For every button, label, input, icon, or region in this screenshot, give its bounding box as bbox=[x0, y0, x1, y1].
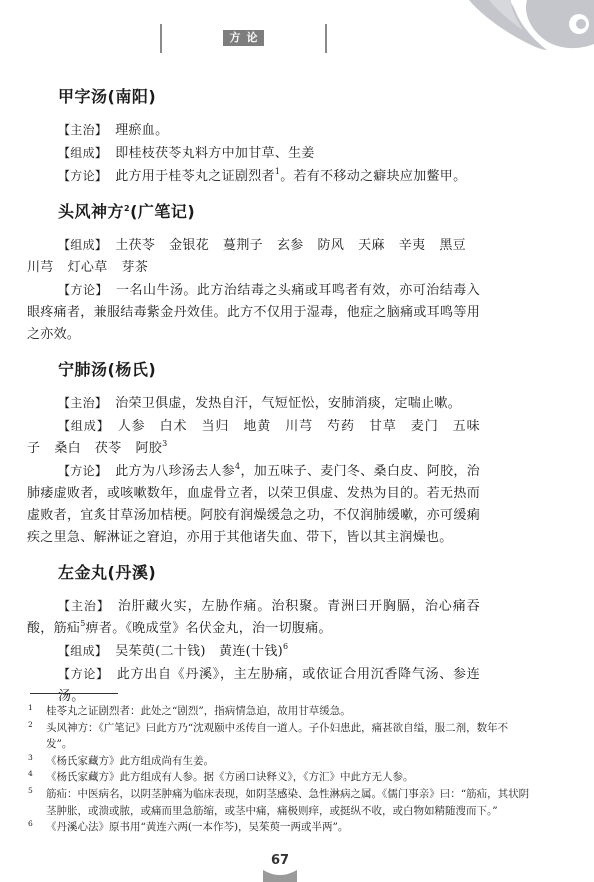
row-label: 【方论】 bbox=[58, 667, 109, 681]
herb: 芍药 bbox=[327, 419, 355, 434]
discussion-row: 【方论】此方用于桂苓丸之证剧烈者1。若有不移动之癖块应加鳖甲。 bbox=[58, 165, 480, 188]
formula-section: 甲字汤(南阳) 【主治】理瘀血。 【组成】即桂枝茯苓丸料方中加甘草、生姜 【方论… bbox=[58, 87, 480, 188]
discussion-row: 【方论】此方出自《丹溪》，主左胁痛，或依证合用沉香降气汤、参连汤。 bbox=[58, 663, 480, 708]
formula-title: 头风神方2(广笔记) bbox=[58, 202, 480, 222]
footnote-text: 头风神方：《广笔记》曰此方乃“沈观颐中丞传自一道人。子仆妇患此，痛甚欲自缢，服二… bbox=[46, 722, 508, 751]
row-text: 痹者。《晚成堂》名伏金丸，治一切腹痛。 bbox=[86, 621, 332, 636]
header-divider-left bbox=[160, 24, 162, 53]
page-tab-icon bbox=[263, 870, 297, 882]
footnote-ref[interactable]: 6 bbox=[283, 642, 288, 651]
composition-row: 【组成】土茯苓金银花蔓荆子玄参防风天麻辛夷黑豆川芎灯心草芽茶 bbox=[27, 234, 480, 279]
row-label: 【主治】 bbox=[58, 599, 110, 613]
footnote: 2头风神方：《广笔记》曰此方乃“沈观颐中丞传自一道人。子仆妇患此，痛甚欲自缢，服… bbox=[28, 720, 533, 753]
row-label: 【主治】 bbox=[58, 123, 107, 137]
row-text: 。若有不移动之癖块应加鳖甲。 bbox=[280, 169, 466, 184]
herb: 黑豆 bbox=[439, 238, 466, 253]
footnote-text: 《杨氏家藏方》此方组成尚有生姜。 bbox=[46, 755, 214, 767]
herb: 阿胶 bbox=[136, 441, 163, 456]
row-text: 即桂枝茯苓丸料方中加甘草、生姜 bbox=[115, 146, 315, 161]
indication-row: 【主治】治荣卫俱虚，发热自汗，气短怔忪，安肺消痰，定喘止嗽。 bbox=[58, 392, 480, 415]
main-content: 甲字汤(南阳) 【主治】理瘀血。 【组成】即桂枝茯苓丸料方中加甘草、生姜 【方论… bbox=[58, 87, 480, 722]
indication-row: 【主治】治肝藏火实，左胁作痛。治积聚。青洲曰开胸膈，治心痛吞酸，筋疝5痹者。《晚… bbox=[27, 595, 480, 640]
herb: 白术 bbox=[160, 419, 188, 434]
row-text: 此方用于桂苓丸之证剧烈者 bbox=[115, 169, 275, 184]
page-number: 67 bbox=[262, 853, 298, 868]
page-number-badge: 67 bbox=[262, 853, 298, 882]
footnote-divider bbox=[30, 693, 118, 694]
herb: 人参 bbox=[118, 419, 146, 434]
formula-section: 宁肺汤(杨氏) 【主治】治荣卫俱虚，发热自汗，气短怔忪，安肺消痰，定喘止嗽。 【… bbox=[58, 360, 480, 549]
row-label: 【组成】 bbox=[58, 644, 107, 658]
row-label: 【方论】 bbox=[58, 169, 107, 183]
row-label: 【组成】 bbox=[58, 146, 107, 160]
herb: 甘草 bbox=[369, 419, 397, 434]
row-label: 【组成】 bbox=[58, 419, 110, 433]
header-divider-right bbox=[325, 24, 327, 53]
footnote: 3《杨氏家藏方》此方组成尚有生姜。 bbox=[28, 753, 533, 770]
footnote-text: 桂苓丸之证剧烈者：此处之“剧烈”，指病情急迫，故用甘草缓急。 bbox=[46, 705, 351, 717]
herb: 地黄 bbox=[243, 419, 271, 434]
formula-name: 头风神方 bbox=[58, 202, 124, 221]
footnote: 4《杨氏家藏方》此方组成有人参。据《方函口诀释义》，《方汇》中此方无人参。 bbox=[28, 769, 533, 786]
formula-source: (广笔记) bbox=[130, 202, 195, 221]
footnote: 6《丹溪心法》原书用“黄连六两(一本作芩)，吴茱萸一两或半两”。 bbox=[28, 819, 533, 836]
herb: 当归 bbox=[202, 419, 230, 434]
indication-row: 【主治】理瘀血。 bbox=[58, 119, 480, 142]
footnote-text: 《杨氏家藏方》此方组成有人参。据《方函口诀释义》，《方汇》中此方无人参。 bbox=[46, 771, 414, 783]
row-label: 【方论】 bbox=[58, 464, 107, 478]
formula-title: 甲字汤(南阳) bbox=[58, 87, 480, 107]
row-text: 治荣卫俱虚，发热自汗，气短怔忪，安肺消痰，定喘止嗽。 bbox=[115, 396, 461, 411]
footnote-number: 3 bbox=[28, 750, 33, 767]
row-text: 吴茱萸(二十钱) 黄连(十钱) bbox=[115, 644, 283, 659]
footnote-number: 2 bbox=[28, 717, 33, 734]
composition-row: 【组成】人参白术当归地黄川芎芍药甘草麦门五味子桑白茯苓阿胶3 bbox=[27, 415, 480, 460]
footnote: 5筋疝：中医病名，以阴茎肿痛为临床表现，如阴茎感染、急性淋病之属。《儒门事亲》曰… bbox=[28, 786, 533, 819]
herb: 辛夷 bbox=[399, 238, 426, 253]
row-text: 此方出自《丹溪》，主左胁痛，或依证合用沉香降气汤、参连汤。 bbox=[58, 667, 480, 704]
footnotes: 1桂苓丸之证剧烈者：此处之“剧烈”，指病情急迫，故用甘草缓急。 2头风神方：《广… bbox=[28, 703, 533, 836]
formula-section: 头风神方2(广笔记) 【组成】土茯苓金银花蔓荆子玄参防风天麻辛夷黑豆川芎灯心草芽… bbox=[58, 202, 480, 346]
row-text: 此方为八珍汤去人参 bbox=[115, 464, 235, 479]
herb: 防风 bbox=[318, 238, 345, 253]
footnote-number: 6 bbox=[28, 816, 33, 833]
footnote-number: 1 bbox=[28, 700, 33, 717]
formula-section: 左金丸(丹溪) 【主治】治肝藏火实，左胁作痛。治积聚。青洲曰开胸膈，治心痛吞酸，… bbox=[58, 563, 480, 708]
herb: 麦门 bbox=[411, 419, 439, 434]
running-header: 方论 bbox=[0, 0, 594, 60]
footnote-number: 4 bbox=[28, 766, 33, 783]
herb: 川芎 bbox=[27, 260, 54, 275]
herb: 灯心草 bbox=[68, 260, 108, 275]
herb: 芽茶 bbox=[122, 260, 149, 275]
herb: 蔓荆子 bbox=[223, 238, 263, 253]
row-label: 【主治】 bbox=[58, 396, 107, 410]
herb: 土茯苓 bbox=[115, 238, 155, 253]
herb: 玄参 bbox=[277, 238, 304, 253]
herb: 茯苓 bbox=[95, 441, 122, 456]
discussion-row: 【方论】一名山牛汤。此方治结毒之头痛或耳鸣者有效，亦可治结毒入眼疼痛者，兼服结毒… bbox=[27, 279, 480, 346]
footnote-ref[interactable]: 3 bbox=[162, 439, 167, 448]
herb: 金银花 bbox=[169, 238, 209, 253]
discussion-row: 【方论】此方为八珍汤去人参4，加五味子、麦门冬、桑白皮、阿胶，治肺痿虚败者，或咳… bbox=[27, 460, 480, 549]
herb: 川芎 bbox=[285, 419, 313, 434]
footnote-number: 5 bbox=[28, 783, 33, 800]
herb: 天麻 bbox=[358, 238, 385, 253]
row-text: 理瘀血。 bbox=[115, 123, 168, 138]
formula-title: 左金丸(丹溪) bbox=[58, 563, 480, 583]
formula-title: 宁肺汤(杨氏) bbox=[58, 360, 480, 380]
footnote-text: 《丹溪心法》原书用“黄连六两(一本作芩)，吴茱萸一两或半两”。 bbox=[46, 821, 348, 833]
herb: 桑白 bbox=[54, 441, 81, 456]
footnote: 1桂苓丸之证剧烈者：此处之“剧烈”，指病情急迫，故用甘草缓急。 bbox=[28, 703, 533, 720]
row-label: 【方论】 bbox=[58, 283, 108, 297]
footnote-text: 筋疝：中医病名，以阴茎肿痛为临床表现，如阴茎感染、急性淋病之属。《儒门事亲》曰：… bbox=[46, 788, 529, 817]
composition-row: 【组成】即桂枝茯苓丸料方中加甘草、生姜 bbox=[58, 142, 480, 165]
composition-row: 【组成】吴茱萸(二十钱) 黄连(十钱)6 bbox=[58, 640, 480, 663]
row-label: 【组成】 bbox=[58, 238, 107, 252]
chapter-tag: 方论 bbox=[223, 30, 264, 46]
